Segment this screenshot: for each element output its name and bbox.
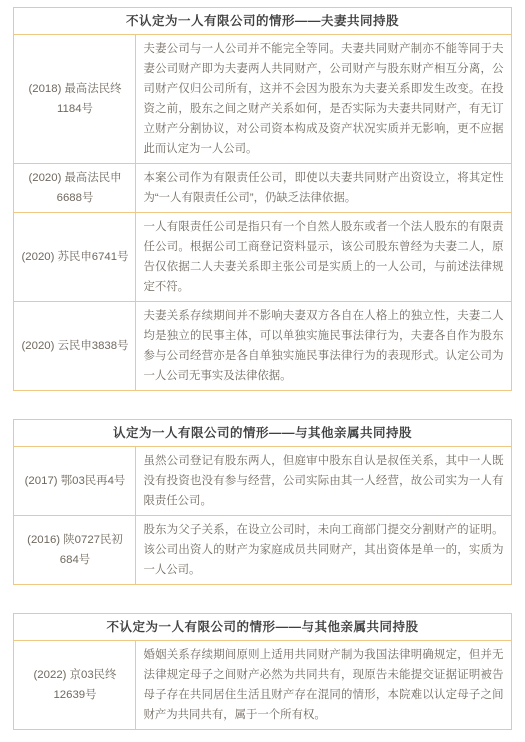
table-row: (2020) 苏民申6741号 一人有限责任公司是指只有一个自然人股东或者一个法… — [14, 213, 511, 302]
table-row: (2016) 陕0727民初684号 股东为父子关系，在设立公司时，未向工商部门… — [14, 516, 511, 585]
table-header-row: 认定为一人有限公司的情形——与其他亲属共同持股 — [14, 420, 511, 447]
case-number-cell: (2017) 鄂03民再4号 — [14, 447, 136, 516]
case-description-cell: 股东为父子关系，在设立公司时，未向工商部门提交分割财产的证明。该公司出资人的财产… — [136, 516, 511, 585]
table-row: (2020) 云民申3838号 夫妻关系存续期间并不影响夫妻双方各自在人格上的独… — [14, 302, 511, 391]
case-number-cell: (2020) 苏民申6741号 — [14, 213, 136, 302]
case-table-spouse-not-recognized: 不认定为一人有限公司的情形——夫妻共同持股 (2018) 最高法民终1184号 … — [13, 7, 511, 391]
document-page: 不认定为一人有限公司的情形——夫妻共同持股 (2018) 最高法民终1184号 … — [0, 0, 525, 742]
case-description-cell: 一人有限责任公司是指只有一个自然人股东或者一个法人股东的有限责任公司。根据公司工… — [136, 213, 511, 302]
table-row: (2020) 最高法民申6688号 本案公司作为有限责任公司，即使以夫妻共同财产… — [14, 164, 511, 213]
table-row: (2022) 京03民终12639号 婚姻关系存续期间原则上适用共同财产制为我国… — [14, 641, 511, 730]
case-description-cell: 夫妻公司与一人公司并不能完全等同。夫妻共同财产制亦不能等同于夫妻公司财产即为夫妻… — [136, 35, 511, 164]
table-header-row: 不认定为一人有限公司的情形——夫妻共同持股 — [14, 8, 511, 35]
case-number-cell: (2016) 陕0727民初684号 — [14, 516, 136, 585]
table-header-row: 不认定为一人有限公司的情形——与其他亲属共同持股 — [14, 614, 511, 641]
case-table-relatives-not-recognized: 不认定为一人有限公司的情形——与其他亲属共同持股 (2022) 京03民终126… — [13, 613, 511, 730]
case-description-cell: 本案公司作为有限责任公司，即使以夫妻共同财产出资设立，将其定性为“一人有限责任公… — [136, 164, 511, 213]
table-section-title: 不认定为一人有限公司的情形——夫妻共同持股 — [14, 8, 511, 35]
case-description-cell: 婚姻关系存续期间原则上适用共同财产制为我国法律明确规定，但并无法律规定母子之间财… — [136, 641, 511, 730]
case-description-cell: 虽然公司登记有股东两人，但庭审中股东自认是叔侄关系，其中一人既没有投资也没有参与… — [136, 447, 511, 516]
case-number-cell: (2022) 京03民终12639号 — [14, 641, 136, 730]
case-description-cell: 夫妻关系存续期间并不影响夫妻双方各自在人格上的独立性，夫妻二人均是独立的民事主体… — [136, 302, 511, 391]
table-section-title: 认定为一人有限公司的情形——与其他亲属共同持股 — [14, 420, 511, 447]
case-number-cell: (2020) 最高法民申6688号 — [14, 164, 136, 213]
table-row: (2017) 鄂03民再4号 虽然公司登记有股东两人，但庭审中股东自认是叔侄关系… — [14, 447, 511, 516]
table-row: (2018) 最高法民终1184号 夫妻公司与一人公司并不能完全等同。夫妻共同财… — [14, 35, 511, 164]
case-number-cell: (2020) 云民申3838号 — [14, 302, 136, 391]
case-number-cell: (2018) 最高法民终1184号 — [14, 35, 136, 164]
table-section-title: 不认定为一人有限公司的情形——与其他亲属共同持股 — [14, 614, 511, 641]
case-table-relatives-recognized: 认定为一人有限公司的情形——与其他亲属共同持股 (2017) 鄂03民再4号 虽… — [13, 419, 511, 585]
